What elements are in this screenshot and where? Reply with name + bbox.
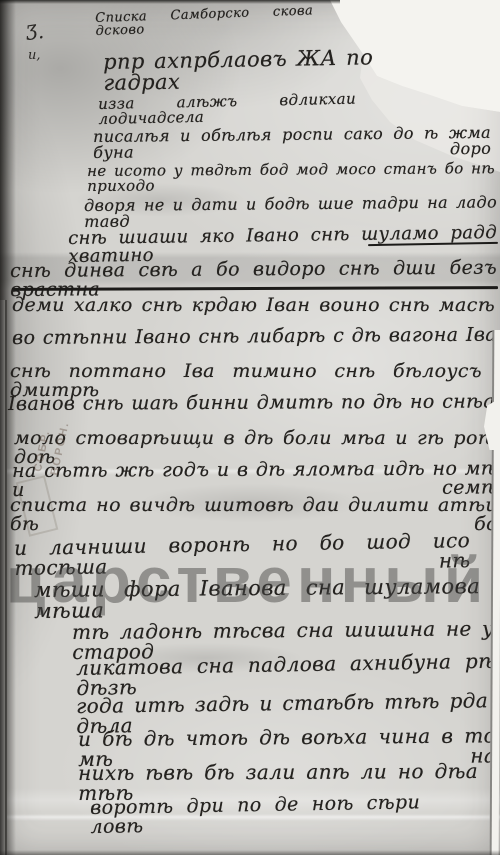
- page-edge-left-shadow: [0, 0, 16, 855]
- margin-mark: Ӡ.: [24, 19, 45, 45]
- manuscript-line: писалѣя и обѣлѣя роспи сако до ѣ жма бун…: [93, 125, 491, 161]
- manuscript-line: изза алѣжъ вдликхаи лодичадсела: [98, 92, 357, 127]
- manuscript-line: во стѣпни Івано снѣ либарѣ с дѣ вагона І…: [12, 326, 497, 348]
- manuscript-line: деми халко снѣ крдаю Іван воино снѣ масѣ: [12, 296, 495, 315]
- manuscript-page: Ӡ. и, Списка Самборско скова дсковорпр а…: [0, 0, 500, 855]
- archive-watermark-text: царственный а: [6, 548, 500, 612]
- manuscript-line: Списка Самборско скова дсково: [95, 4, 314, 38]
- manuscript-line: не исото у твдѣт бод мод мосо станъ бо н…: [87, 161, 495, 194]
- manuscript-line: воротѣ дри по де ноѣ сѣри ловѣ: [90, 793, 421, 837]
- page-edge-bottom: [0, 850, 500, 855]
- page-edge-top: [0, 0, 340, 4]
- manuscript-line: Іванов снѣ шаѣ бинни дмитѣ по дѣ но снѣа: [8, 392, 495, 414]
- manuscript-line: рпр ахпрблаовъ ЖА по гадрах: [103, 47, 374, 94]
- margin-mark: и,: [28, 48, 41, 63]
